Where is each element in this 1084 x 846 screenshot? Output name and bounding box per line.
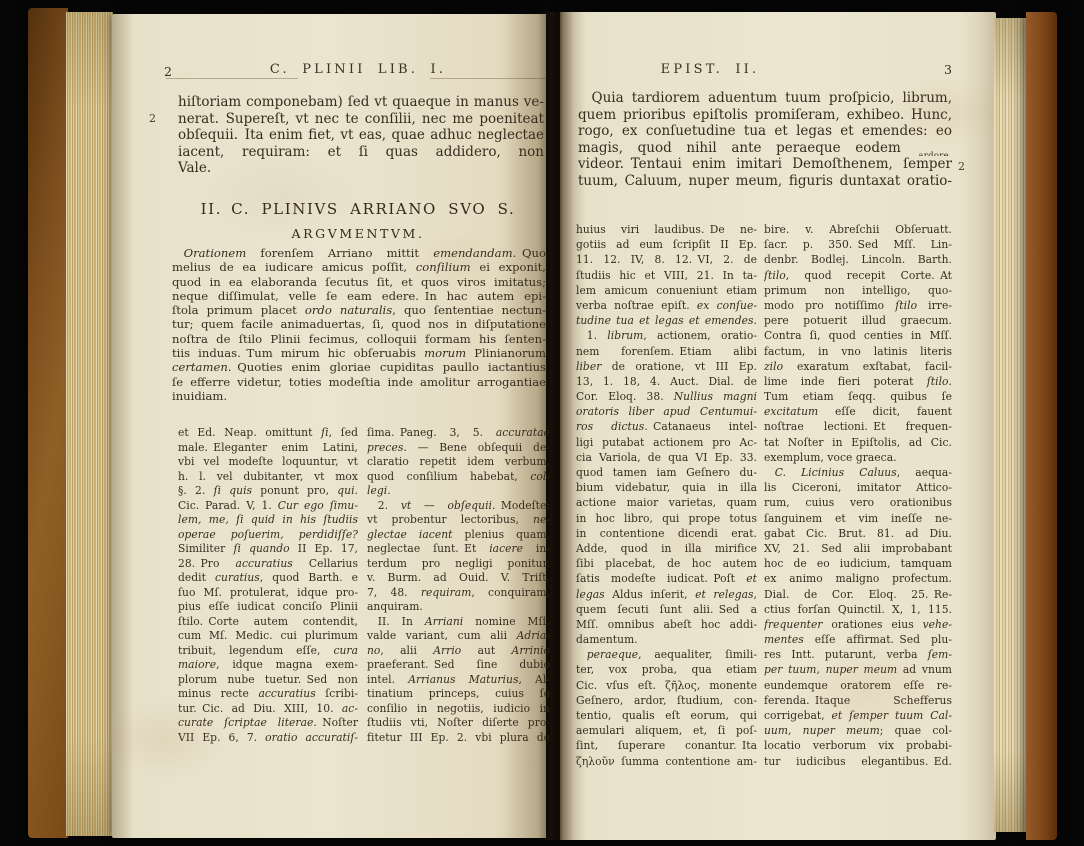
text-line: ſe efferre videtur, toties modeſtia inde…	[172, 375, 546, 389]
text-line: anquiram.	[367, 600, 550, 615]
text-line: vt probentur lectoribus, ne-	[367, 513, 550, 528]
text-line: ſanguinem et vim ineſſe ne-	[764, 511, 952, 526]
text-line: 13, 1. 18, 4. Auct. Dial. de	[576, 374, 757, 389]
text-line: rogo, ex conſuetudine tua et legas et em…	[578, 123, 952, 140]
text-line: §. 2. ſi quis ponunt pro, qui.	[178, 484, 358, 499]
header-rule-right-segment	[430, 78, 546, 79]
text-line: frequenter orationes eius vehe-	[764, 617, 952, 632]
text-line: Geſnero, ardor, ſtudium, con-	[576, 693, 757, 708]
text-line: noſtra de ſtilo Plinii fecimus, colloqui…	[172, 332, 546, 346]
text-line: XV, 21. Sed alii improbabant	[764, 541, 952, 556]
running-header-right: EPIST. II.	[590, 62, 830, 77]
text-line: uum, nuper meum; quae col-	[764, 723, 952, 738]
text-line: noſtrae lectioni. Et frequen-	[764, 419, 952, 434]
text-line: quod conſilium habebat, col-	[367, 470, 550, 485]
book-left-cover	[28, 8, 68, 838]
text-line: maiore, idque magna exem-	[178, 658, 358, 673]
text-line: lem, me, ſi quid in his ſtudiis	[178, 513, 358, 528]
text-line: modo pro notiſſimo ſtilo irre-	[764, 298, 952, 313]
text-line: terdum pro negligi ponitur.	[367, 557, 550, 572]
text-line: lime inde fieri poterat ſtilo.	[764, 374, 952, 389]
text-line: eundemque oratorem eſſe re-	[764, 678, 952, 693]
text-line: per tuum, nuper meum ad vnum	[764, 662, 952, 677]
text-line: certamen. Quoties enim gloriae cupiditas…	[172, 360, 546, 374]
text-line: damentum.	[576, 632, 757, 647]
text-line: tur iudicibus elegantibus. Ed.	[764, 754, 952, 769]
text-line: denbr. Bodlej. Lincoln. Barth.	[764, 252, 952, 267]
text-line: Dial. de Cor. Eloq. 25. Re-	[764, 587, 952, 602]
text-line: obſequii. Ita enim fiet, vt eas, quae ad…	[178, 127, 544, 144]
text-line: et Ed. Neap. omittunt ſi, ſed	[178, 426, 358, 441]
text-line: operae poſuerim, perdidiſſe?	[178, 528, 358, 543]
text-line: inuidiam.	[172, 389, 546, 403]
text-line: ſacr. p. 350. Sed Mſſ. Lin-	[764, 237, 952, 252]
epistle-heading: II. C. PLINIVS ARRIANO SVO S.	[168, 200, 548, 218]
text-line: ferenda. Itaque Schefferus	[764, 693, 952, 708]
text-line: pere potuerit illud graecum.	[764, 313, 952, 328]
text-line: intel. Arrianus Maturius, Al-	[367, 673, 550, 688]
text-line: quem ſecuti ſunt alii. Sed a	[576, 602, 757, 617]
text-line: Tum etiam ſeqq. quibus ſe	[764, 389, 952, 404]
text-line: legas Aldus inſerit, et relegas,	[576, 587, 757, 602]
text-line: actione maior varietas, quam	[576, 495, 757, 510]
left-page-commentary-column-1: et Ed. Neap. omittunt ſi, ſedmale. Elega…	[178, 426, 358, 745]
text-line: huius viri laudibus. De ne-	[576, 222, 757, 237]
text-line: peraeque, aequaliter, ſimili-	[576, 647, 757, 662]
text-line: Quia tardiorem aduentum tuum proſpicio, …	[578, 90, 952, 107]
right-page-body-paragraph: Quia tardiorem aduentum tuum proſpicio, …	[578, 90, 952, 190]
text-line: iacent, requiram: et ſi quas addidero, n…	[178, 144, 544, 161]
text-line: Similiter ſi quando II Ep. 17,	[178, 542, 358, 557]
text-line: conſilio in negotiis, iudicio in	[367, 702, 550, 717]
text-line: ſatis modeſte iudicat. Poſt et	[576, 571, 757, 586]
text-line: bire. v. Abreſchii Obſeruatt.	[764, 222, 952, 237]
page-block-edges-left	[66, 12, 113, 836]
running-header-left: C. PLINII LIB. I.	[172, 62, 544, 77]
right-page-commentary-column-1: huius viri laudibus. De ne-gotiis ad eum…	[576, 222, 757, 769]
text-line: 7, 48. requiram, conquiram,	[367, 586, 550, 601]
text-line: magis, quod nihil ante peraeque eodem ar…	[578, 140, 952, 157]
left-page-body-paragraph: hiſtoriam componebam) ſed vt quaeque in …	[178, 94, 544, 177]
argumentum-heading: ARGVMENTVM.	[168, 226, 548, 241]
text-line: quod in ea elaboranda ſecutus ſit, et qu…	[172, 275, 546, 289]
text-line: ſint, ſuperare conantur. Ita	[576, 738, 757, 753]
text-line: ligi putabat actionem pro Ac-	[576, 435, 757, 450]
text-line: gotiis ad eum ſcripſit II Ep.	[576, 237, 757, 252]
text-line: Cor. Eloq. 38. Nullius magni	[576, 389, 757, 404]
text-line: ſtilo. Corte autem contendit,	[178, 615, 358, 630]
text-line: in contentione dicendi erat.	[576, 526, 757, 541]
text-line: cum Mſ. Medic. cui plurimum	[178, 629, 358, 644]
text-line: tuum, Caluum, nuper meum, figuris duntax…	[578, 173, 952, 190]
text-line: locatio verborum vix probabi-	[764, 738, 952, 753]
page-number-left: 2	[164, 64, 172, 79]
text-line: glectae iacent plenius quam,	[367, 528, 550, 543]
text-line: ſuo Mſ. protulerat, idque pro-	[178, 586, 358, 601]
page-number-right: 3	[944, 62, 952, 77]
right-page: EPIST. II. 3 Quia tardiorem aduentum tuu…	[560, 12, 996, 840]
text-line: tiis induas. Tum mirum hic obſeruabis mo…	[172, 346, 546, 360]
text-line: Mſſ. omnibus abeſt hoc addi-	[576, 617, 757, 632]
text-line: videor. Tentaui enim imitari Demoſthenem…	[578, 156, 952, 173]
text-line: res Intt. putarunt, verba ſem-	[764, 647, 952, 662]
text-line: ſtilo, quod recepit Corte. At	[764, 268, 952, 283]
text-line: ſtudiis hic et VIII, 21. In ta-	[576, 268, 757, 283]
text-line: primum non intelligo, quo-	[764, 283, 952, 298]
text-line: Cic. Parad. V, 1. Cur ego ſimu-	[178, 499, 358, 514]
argumentum-text: Orationem forenſem Arriano mittit emenda…	[172, 246, 546, 403]
text-line: ros dictus. Catanaeus intel-	[576, 419, 757, 434]
left-page-commentary-column-2: ſima. Paneg. 3, 5. accurataepreces. — Be…	[367, 426, 550, 745]
text-line: v. Burm. ad Ouid. V. Triſt.	[367, 571, 550, 586]
text-line: oratoris liber apud Centumui-	[576, 404, 757, 419]
text-line: II. In Arriani nomine Mſſ.	[367, 615, 550, 630]
text-line: legi.	[367, 484, 550, 499]
text-line: tur. Cic. ad Diu. XIII, 10. ac-	[178, 702, 358, 717]
text-line: verba noſtrae epiſt. ex conſue-	[576, 298, 757, 313]
text-line: plorum nube tuetur. Sed non	[178, 673, 358, 688]
text-line: tentio, qualis eſt eorum, qui	[576, 708, 757, 723]
text-line: tat Noſter in Epiſtolis, ad Cic.	[764, 435, 952, 450]
text-line: lem amicum conueniunt etiam	[576, 283, 757, 298]
text-line: pius eſſe iudicat conciſo Plinii	[178, 600, 358, 615]
text-line: aemulari aliquem, et, ſi poſ-	[576, 723, 757, 738]
text-line: tudine tua et legas et emendes.	[576, 313, 757, 328]
text-line: melius de ea iudicare amicus poſſit, con…	[172, 260, 546, 274]
text-line: tur; quem facile animaduertas, ſi, quod …	[172, 317, 546, 331]
text-line: tinatium princeps, cuius ſe	[367, 687, 550, 702]
text-line: lis Ciceroni, imitator Attico-	[764, 480, 952, 495]
text-line: ſtola primum placet ordo naturalis, quo …	[172, 303, 546, 317]
text-line: 11. 12. IV, 8. 12. VI, 2. de	[576, 252, 757, 267]
text-line: ſima. Paneg. 3, 5. accuratae	[367, 426, 550, 441]
text-line: praeferant. Sed ſine dubio	[367, 658, 550, 673]
text-line: quem prioribus epiſtolis promiſeram, exh…	[578, 107, 952, 124]
text-line: gabat Cic. Brut. 81. ad Diu.	[764, 526, 952, 541]
text-line: ζηλοῦν ſumma contentione am-	[576, 754, 757, 769]
text-line: Cic. vſus eſt. ζῆλος, monente	[576, 678, 757, 693]
text-line: neglectae ſunt. Et iacere in-	[367, 542, 550, 557]
text-line: nem forenſem. Etiam alibi	[576, 344, 757, 359]
text-line: minus recte accuratius ſcribi-	[178, 687, 358, 702]
text-line: male. Eleganter enim Latini,	[178, 441, 358, 456]
text-line: 1. librum, actionem, oratio-	[576, 328, 757, 343]
margin-number-left: 2	[149, 112, 156, 125]
text-line: ſtudiis vti, Noſter diſerte pro-	[367, 716, 550, 731]
text-line: corrigebat, et ſemper tuum Cal-	[764, 708, 952, 723]
text-line: claratio repetit idem verbum,	[367, 455, 550, 470]
text-line: zilo exaratum exſtabat, facil-	[764, 359, 952, 374]
margin-number-right: 2	[958, 160, 965, 173]
text-line: bium videbatur, quia in illa	[576, 480, 757, 495]
text-line: Orationem forenſem Arriano mittit emenda…	[172, 246, 546, 260]
text-line: exemplum, voce graeca.	[764, 450, 952, 465]
text-line: Vale.	[178, 160, 544, 177]
text-line: ſibi placebat, de hoc autem	[576, 556, 757, 571]
text-line: curate ſcriptae literae. Noſter	[178, 716, 358, 731]
text-line: vbi vel modeſte loquuntur, vt	[178, 455, 358, 470]
text-line: 28. Pro accuratius Cellarius	[178, 557, 358, 572]
book-right-cover	[1026, 12, 1057, 840]
text-line: 2. vt — obſequii. Modeſte:	[367, 499, 550, 514]
text-line: C. Licinius Caluus, aequa-	[764, 465, 952, 480]
text-line: preces. — Bene obſequii de-	[367, 441, 550, 456]
text-line: valde variant, cum alii Adria-	[367, 629, 550, 644]
text-line: ter, vox proba, qua etiam	[576, 662, 757, 677]
text-line: quod tamen iam Geſnero du-	[576, 465, 757, 480]
text-line: fitetur III Ep. 2. vbi plura de	[367, 731, 550, 746]
text-line: ctius forſan Quinctil. X, 1, 115.	[764, 602, 952, 617]
text-line: tribuit, legendum eſſe, cura	[178, 644, 358, 659]
text-line: cia Variola, de qua VI Ep. 33.	[576, 450, 757, 465]
header-rule-left-segment	[166, 78, 298, 79]
text-line: liber de oratione, vt III Ep.	[576, 359, 757, 374]
left-page: 2 C. PLINII LIB. I. 2 hiſtoriam componeb…	[112, 14, 546, 838]
page-block-edges-right	[994, 18, 1028, 832]
text-line: Adde, quod in illa mirifice	[576, 541, 757, 556]
text-line: neque diſſimulat, velle ſe eam edere. In…	[172, 289, 546, 303]
text-line: hiſtoriam componebam) ſed vt quaeque in …	[178, 94, 544, 111]
text-line: excitatum eſſe dicit, fauent	[764, 404, 952, 419]
text-line: dedit curatius, quod Barth. e	[178, 571, 358, 586]
text-line: ex animo maligno profectum.	[764, 571, 952, 586]
right-page-commentary-column-2: bire. v. Abreſchii Obſeruatt.ſacr. p. 35…	[764, 222, 952, 769]
text-line: nerat. Supereſt, vt nec te conſilii, nec…	[178, 111, 544, 128]
text-line: VII Ep. 6, 7. oratio accuratiſ-	[178, 731, 358, 746]
text-line: rum, cuius vero orationibus	[764, 495, 952, 510]
text-line: Contra ſi, quod centies in Mſſ.	[764, 328, 952, 343]
text-line: h. l. vel dubitanter, vt mox	[178, 470, 358, 485]
text-line: hoc de eo iudicium, tamquam	[764, 556, 952, 571]
text-line: factum, in vno latinis literis	[764, 344, 952, 359]
text-line: in hoc libro, qui prope totus	[576, 511, 757, 526]
text-line: mentes eſſe affirmat. Sed plu-	[764, 632, 952, 647]
text-line: no, alii Arrio aut Arrinio	[367, 644, 550, 659]
